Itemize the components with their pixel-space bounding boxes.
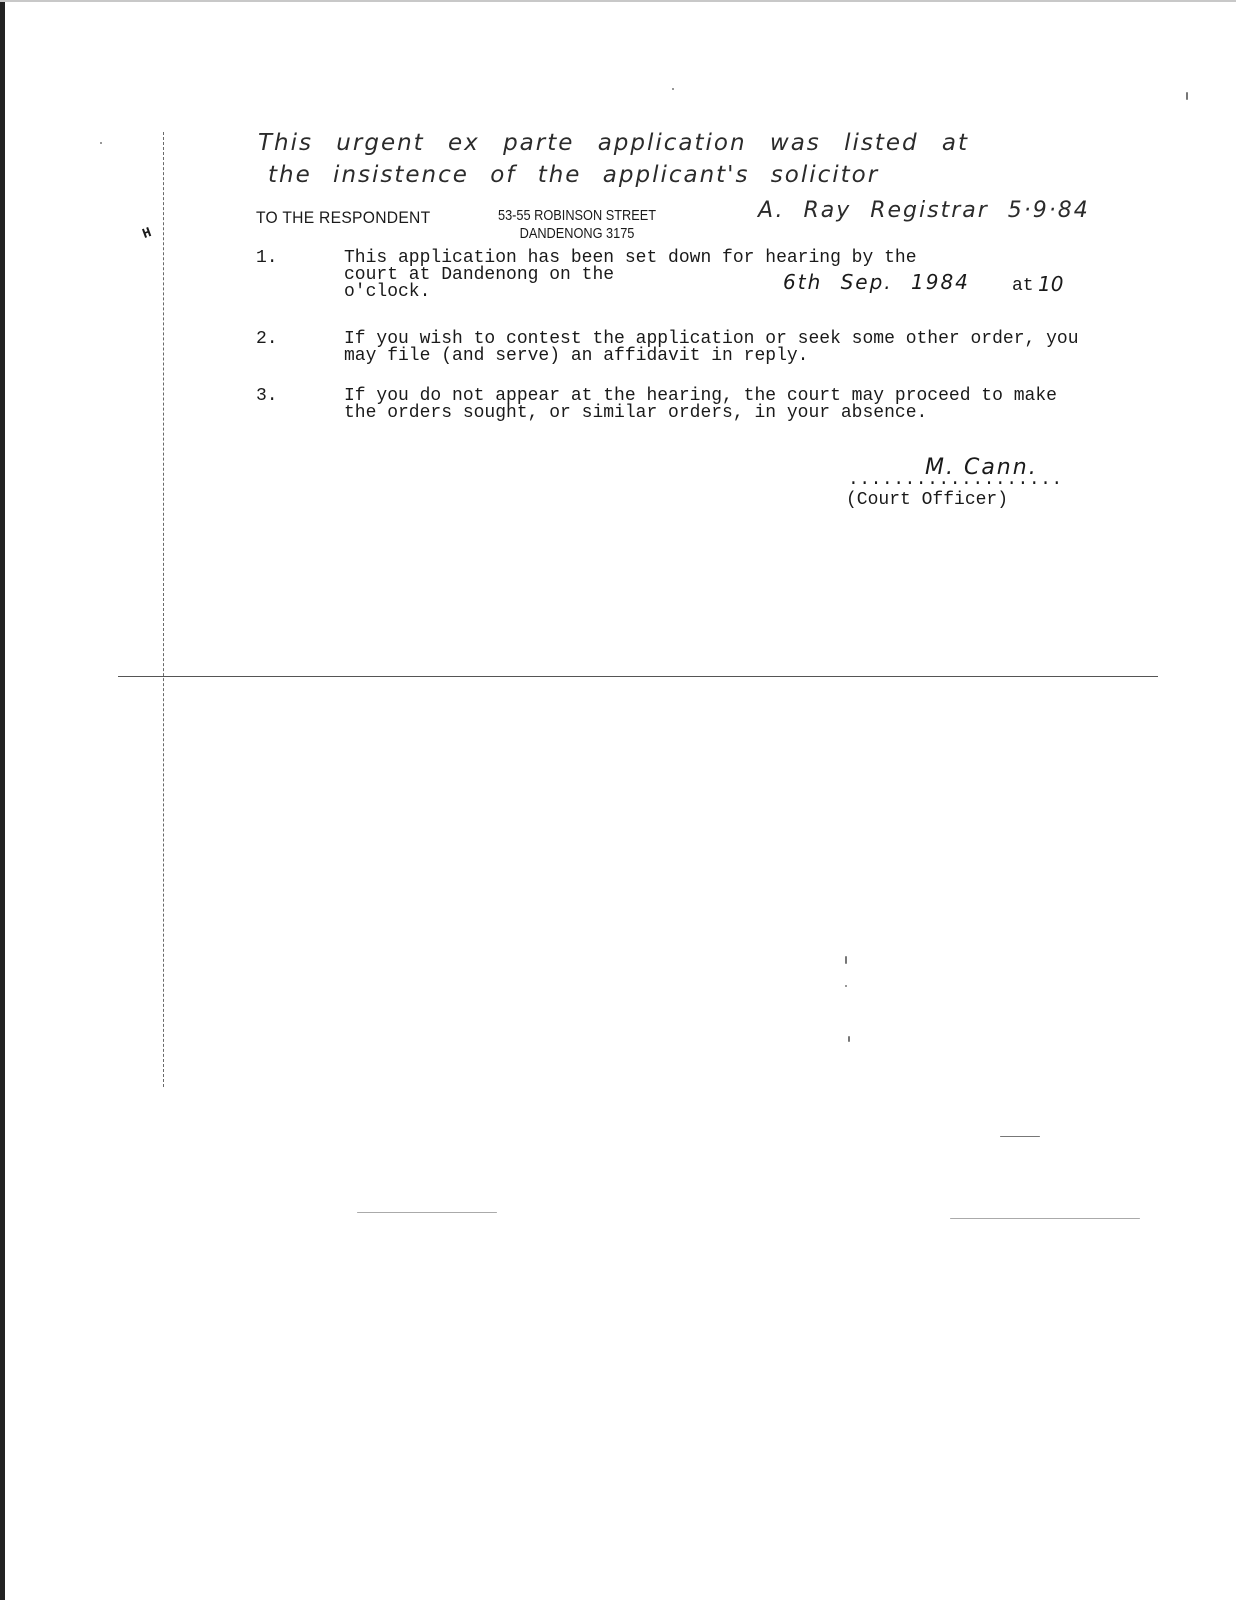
scan-speck [1000, 1136, 1040, 1137]
scan-speck [1186, 92, 1188, 100]
scan-speck [357, 1212, 497, 1213]
margin-handwritten-mark: H [141, 225, 154, 243]
scan-speck [950, 1218, 1140, 1219]
handwritten-hearing-hour: 10 [1038, 272, 1063, 296]
scan-speck [672, 88, 674, 90]
court-address-stamp: 53-55 ROBINSON STREET DANDENONG 3175 [498, 207, 656, 243]
stamp-city: DANDENONG 3175 [498, 225, 656, 243]
item-text-line: court at Dandenong on the [344, 267, 1084, 284]
scan-top-edge [0, 0, 1236, 2]
margin-line [163, 132, 164, 1087]
addressee-heading: TO THE RESPONDENT [256, 208, 430, 228]
scan-left-edge [0, 0, 5, 1600]
item-number: 3. [256, 388, 278, 405]
signature-dotted-line: ................... [848, 470, 1063, 490]
item-number: 2. [256, 331, 278, 348]
horizontal-rule [118, 676, 1158, 677]
court-officer-label: (Court Officer) [846, 490, 1008, 510]
scan-speck [848, 1036, 850, 1042]
scan-speck [845, 956, 847, 964]
handwritten-note-line1: This urgent ex parte application was lis… [258, 130, 969, 156]
item-number: 1. [256, 250, 278, 267]
item-text: If you wish to contest the application o… [344, 331, 1084, 365]
handwritten-hearing-date: 6th Sep. 1984 [783, 270, 970, 294]
item-text-line: o'clock. [344, 284, 1084, 301]
scan-speck [845, 985, 847, 987]
stamp-street: 53-55 ROBINSON STREET [498, 207, 656, 225]
at-word: at [1012, 276, 1034, 296]
handwritten-note-line2: the insistence of the applicant's solici… [268, 162, 879, 188]
item-text: This application has been set down for h… [344, 250, 1084, 301]
scan-speck [100, 142, 102, 144]
item-text: If you do not appear at the hearing, the… [344, 388, 1084, 422]
registrar-signoff: A. Ray Registrar 5·9·84 [758, 198, 1090, 223]
